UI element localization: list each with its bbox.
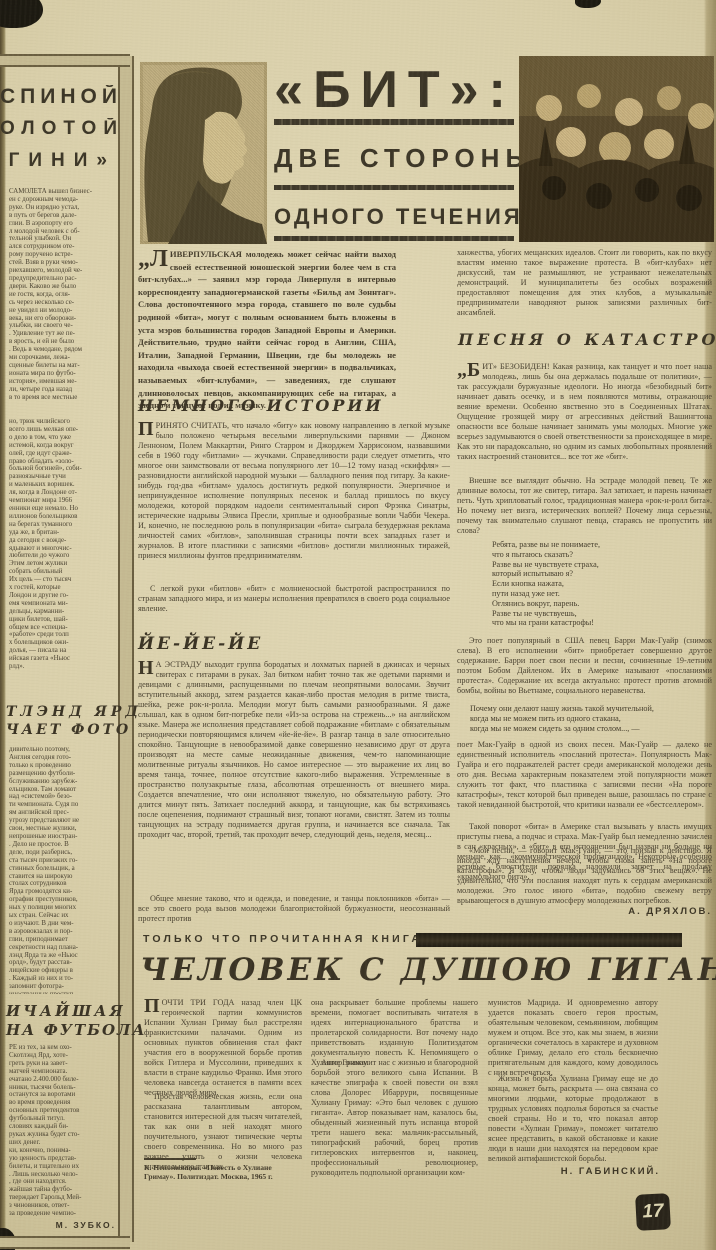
beat-article-signature: А. ДРЯХЛОВ. bbox=[560, 906, 712, 917]
history-dropcap: П bbox=[138, 421, 154, 438]
sidebar-heading-football-secret-line1: ИЧАЙШАЯ bbox=[6, 1002, 126, 1020]
review-col1-paragraph-2: Простая человеческая жизнь, если она рас… bbox=[144, 1092, 302, 1154]
history-heading: НЕМНОГО ИСТОРИИ bbox=[138, 396, 384, 415]
history-paragraph-1-text: РИНЯТО СЧИТАТЬ, что начало «биту» как но… bbox=[138, 421, 450, 560]
review-footnote: К. Непомнящий. «Повесть о Хулиане Гримау… bbox=[144, 1163, 302, 1181]
review-col2-paragraph-2: Автор знакомит нас с жизнью и благородно… bbox=[311, 1058, 478, 1176]
history-paragraph-1: ПРИНЯТО СЧИТАТЬ, что начало «биту» как н… bbox=[138, 421, 450, 579]
catastrophe-paragraph-1: „БИТ» БЕЗОБИДЕН! Какая разница, как танц… bbox=[457, 362, 712, 474]
yeye-paragraph-1-text: А ЭСТРАДУ выходит группа бородатых и лох… bbox=[138, 660, 450, 839]
yeye-dropcap: Н bbox=[138, 660, 154, 677]
history-paragraph-2: С легкой руки «битлов» «бит» с молниенос… bbox=[138, 584, 450, 618]
title-rule-3 bbox=[274, 236, 514, 241]
sidebar-text-block-3: дивительно поэтому, Англия сегодня гото-… bbox=[9, 746, 116, 994]
sidebar-frame-right bbox=[118, 56, 134, 1242]
catastrophe-paragraph-4: поет Мак-Гуайр в одной из своих песен. М… bbox=[457, 740, 712, 820]
corner-blob-topleft bbox=[0, 0, 43, 28]
sidebar-heading-scotland-yard-line2: ЧАЕТ ФОТО bbox=[6, 722, 131, 738]
article-title-line1: «БИТ»: bbox=[274, 60, 516, 120]
right-continuation-paragraph: ханжества, убогих мещанских идеалов. Сто… bbox=[457, 248, 712, 320]
newspaper-page: СПИНОЙ ОЛОТОЙ ГИНИ» САМОЛЕТА вышел бизне… bbox=[0, 0, 716, 1250]
page-number: 17 bbox=[642, 1200, 664, 1223]
sidebar-signature: М. ЗУБКО. bbox=[0, 1220, 116, 1230]
title-rule-2 bbox=[274, 185, 514, 190]
sidebar-frame-bottom bbox=[0, 1236, 130, 1249]
title-rule-1 bbox=[274, 119, 514, 125]
edge-blob-top bbox=[575, 0, 601, 8]
sidebar-text-block-1: САМОЛЕТА вышел бизнес- ен с дорожным чем… bbox=[9, 188, 116, 414]
crowd-photo-art bbox=[519, 56, 714, 242]
lead-paragraph-text: ИВЕРПУЛЬСКАЯ молодежь может сейчас найти… bbox=[138, 249, 396, 410]
review-col1-paragraph-1-text: ОЧТИ ТРИ ГОДА назад член ЦК героической … bbox=[144, 998, 302, 1097]
catastrophe-heading: ПЕСНЯ О КАТАСТРОФЕ bbox=[458, 330, 716, 349]
kicker-ornament-bar bbox=[416, 933, 682, 947]
review-col2-paragraph-1: она раскрывает большие проблемы нашего в… bbox=[311, 998, 478, 1056]
lead-dropcap: „Л bbox=[138, 248, 168, 270]
review-col3-paragraph-2: Жизнь и борьба Хулиана Гримау еще не до … bbox=[488, 1074, 658, 1162]
footnote-rule bbox=[144, 1158, 196, 1160]
sidebar-headline-line2: ОЛОТОЙ bbox=[0, 118, 116, 140]
catastrophe-dropcap: „Б bbox=[457, 362, 480, 379]
sidebar-headline-line1: СПИНОЙ bbox=[0, 85, 116, 109]
article-title-line2: ДВЕ СТОРОНЫ bbox=[274, 143, 516, 174]
review-kicker: ТОЛЬКО ЧТО ПРОЧИТАННАЯ КНИГА bbox=[143, 933, 422, 945]
sidebar-text-block-2: но, трюк чилийского всего лишь мелкая оп… bbox=[9, 418, 116, 690]
article-title-line3: ОДНОГО ТЕЧЕНИЯ bbox=[274, 204, 516, 230]
yeye-heading: ЙЕ-ЙЕ-ЙЕ bbox=[138, 634, 263, 654]
review-dropcap: П bbox=[144, 998, 160, 1015]
portrait-photo bbox=[140, 62, 267, 244]
sidebar-headline-line3: ГИНИ» bbox=[0, 150, 116, 172]
review-col1-paragraph-1: ПОЧТИ ТРИ ГОДА назад член ЦК героической… bbox=[144, 998, 302, 1090]
catastrophe-paragraph-3: Это поет популярный в США певец Барри Ма… bbox=[457, 636, 712, 702]
review-col3-paragraph-1: мунистов Мадрида. И одновременно автору … bbox=[488, 998, 658, 1072]
sidebar-article: СПИНОЙ ОЛОТОЙ ГИНИ» САМОЛЕТА вышел бизне… bbox=[0, 52, 134, 1248]
catastrophe-paragraph-1-text: ИТ» БЕЗОБИДЕН! Какая разница, как танцуе… bbox=[457, 362, 712, 461]
lead-paragraph: „ЛИВЕРПУЛЬСКАЯ молодежь может сейчас най… bbox=[138, 248, 396, 392]
page-number-badge: 17 bbox=[635, 1193, 671, 1231]
sidebar-heading-scotland-yard-line1: ТЛЭНД ЯРД bbox=[6, 704, 142, 720]
portrait-photo-art bbox=[140, 62, 267, 244]
review-signature: Н. ГАБИНСКИЙ. bbox=[520, 1166, 660, 1177]
sidebar-heading-football-secret-line2: НА ФУТБОЛА bbox=[6, 1021, 147, 1039]
review-title: ЧЕЛОВЕК С ДУШОЮ ГИГАНТА bbox=[140, 952, 716, 988]
sidebar-frame-top bbox=[0, 54, 130, 67]
poem-why: Почему они делают нашу жизнь такой мучит… bbox=[470, 704, 712, 736]
yeye-paragraph-2: Общее мнение таково, что и одежда, и пов… bbox=[138, 894, 450, 930]
yeye-paragraph-1: НА ЭСТРАДУ выходит группа бородатых и ло… bbox=[138, 660, 450, 892]
sidebar-text-block-4: РЕ из тех, за кем охо- Скотлэнд Ярд, хот… bbox=[9, 1044, 116, 1216]
catastrophe-paragraph-2: Внешне все выглядит обычно. На эстраде м… bbox=[457, 476, 712, 538]
poem-on-the-eve: Ребята, разве вы не понимаете, что я пыт… bbox=[492, 540, 712, 632]
crowd-photo bbox=[519, 56, 714, 242]
